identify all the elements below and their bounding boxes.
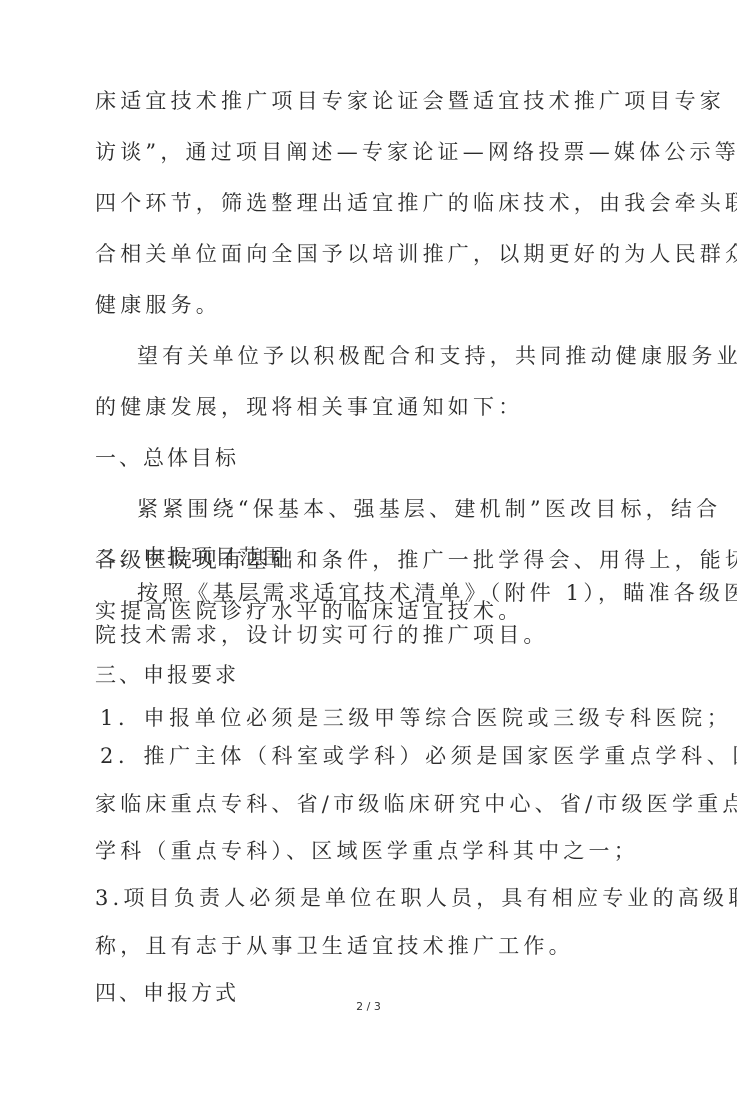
requirement-item: 称，且有志于从事卫生适宜技术推广工作。 (95, 931, 655, 961)
paragraph-line: 的健康发展，现将相关事宜通知如下： (95, 392, 655, 422)
paragraph-line: 访谈”，通过项目阐述—专家论证—网络投票—媒体公示等 (95, 137, 655, 167)
requirement-item: 2．推广主体（科室或学科）必须是国家医学重点学科、国 (100, 741, 660, 771)
section-heading: 一、总体目标 (95, 443, 655, 473)
paragraph-line: 床适宜技术推广项目专家论证会暨适宜技术推广项目专家 (95, 86, 655, 116)
section-heading: 三、申报要求 (95, 660, 655, 690)
paragraph-line: 紧紧围绕“保基本、强基层、建机制”医改目标，结合 (137, 494, 697, 524)
document-page: 床适宜技术推广项目专家论证会暨适宜技术推广项目专家 访谈”，通过项目阐述—专家论… (0, 0, 737, 1101)
requirement-item: 3.项目负责人必须是单位在职人员，具有相应专业的高级职 (95, 883, 655, 913)
paragraph-line: 四个环节，筛选整理出适宜推广的临床技术，由我会牵头联 (95, 188, 655, 218)
paragraph-line: 望有关单位予以积极配合和支持，共同推动健康服务业 (137, 341, 697, 371)
requirement-item: 1．申报单位必须是三级甲等综合医院或三级专科医院； (100, 703, 660, 733)
paragraph-line: 健康服务。 (95, 290, 655, 320)
requirement-item: 家临床重点专科、省/市级临床研究中心、省/市级医学重点 (95, 789, 655, 819)
section-heading: 二、申报项目范围 (95, 542, 655, 572)
page-number: 2 / 3 (0, 1000, 737, 1013)
paragraph-line: 院技术需求，设计切实可行的推广项目。 (95, 620, 655, 650)
requirement-item: 学科（重点专科）、区域医学重点学科其中之一； (95, 836, 655, 866)
paragraph-line: 按照《基层需求适宜技术清单》（附件 1），瞄准各级医 (137, 578, 697, 608)
paragraph-line: 合相关单位面向全国予以培训推广，以期更好的为人民群众 (95, 239, 655, 269)
